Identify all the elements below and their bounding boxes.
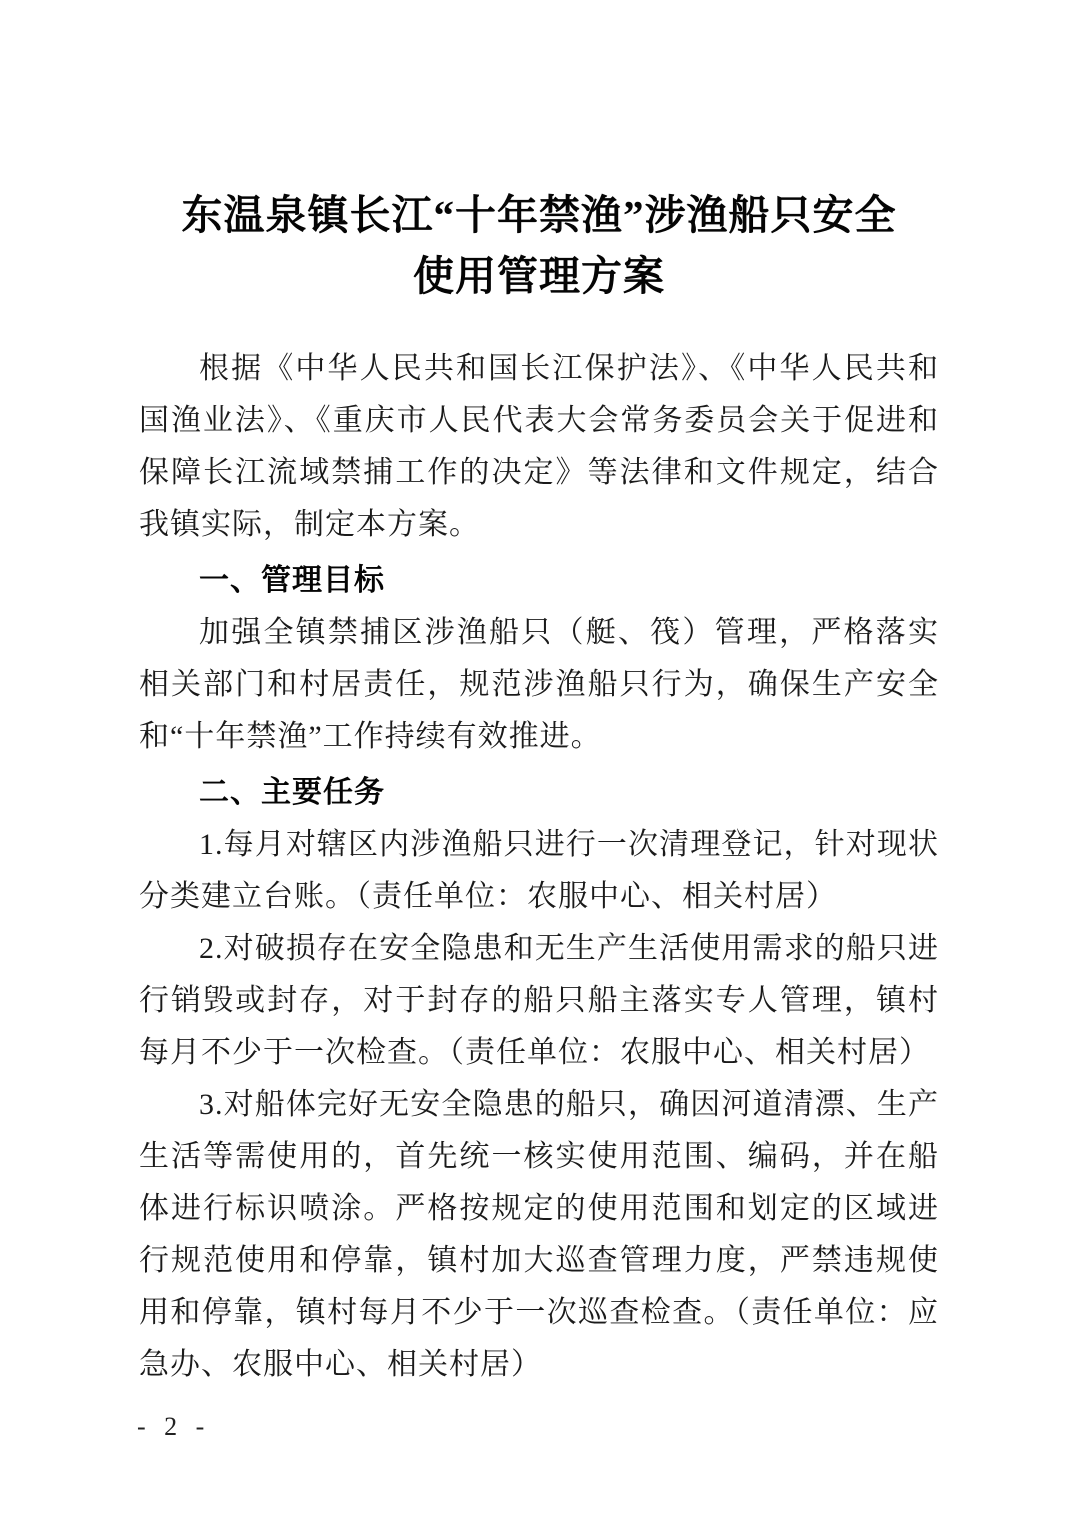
intro-paragraph: 根据《中华人民共和国长江保护法》、《中华人民共和国渔业法》、《重庆市人民代表大会…	[139, 343, 939, 551]
section-2-task-2: 2.对破损存在安全隐患和无生产生活使用需求的船只进行销毁或封存，对于封存的船只船…	[139, 923, 939, 1079]
document-page: 东温泉镇长江“十年禁渔”涉渔船只安全 使用管理方案 根据《中华人民共和国长江保护…	[0, 0, 1074, 1520]
document-title-line-2: 使用管理方案	[139, 246, 939, 307]
section-2-task-3: 3.对船体完好无安全隐患的船只，确因河道清漂、生产生活等需使用的，首先统一核实使…	[139, 1079, 939, 1391]
document-content: 东温泉镇长江“十年禁渔”涉渔船只安全 使用管理方案 根据《中华人民共和国长江保护…	[139, 0, 939, 1391]
document-title: 东温泉镇长江“十年禁渔”涉渔船只安全 使用管理方案	[139, 185, 939, 307]
section-1-paragraph-1: 加强全镇禁捕区涉渔船只（艇、筏）管理，严格落实相关部门和村居责任，规范涉渔船只行…	[139, 607, 939, 763]
section-2-heading: 二、主要任务	[139, 767, 939, 819]
section-2-task-1: 1.每月对辖区内涉渔船只进行一次清理登记，针对现状分类建立台账。（责任单位：农服…	[139, 819, 939, 923]
document-title-line-1: 东温泉镇长江“十年禁渔”涉渔船只安全	[139, 185, 939, 246]
section-1-heading: 一、管理目标	[139, 555, 939, 607]
page-number: - 2 -	[137, 1412, 210, 1442]
